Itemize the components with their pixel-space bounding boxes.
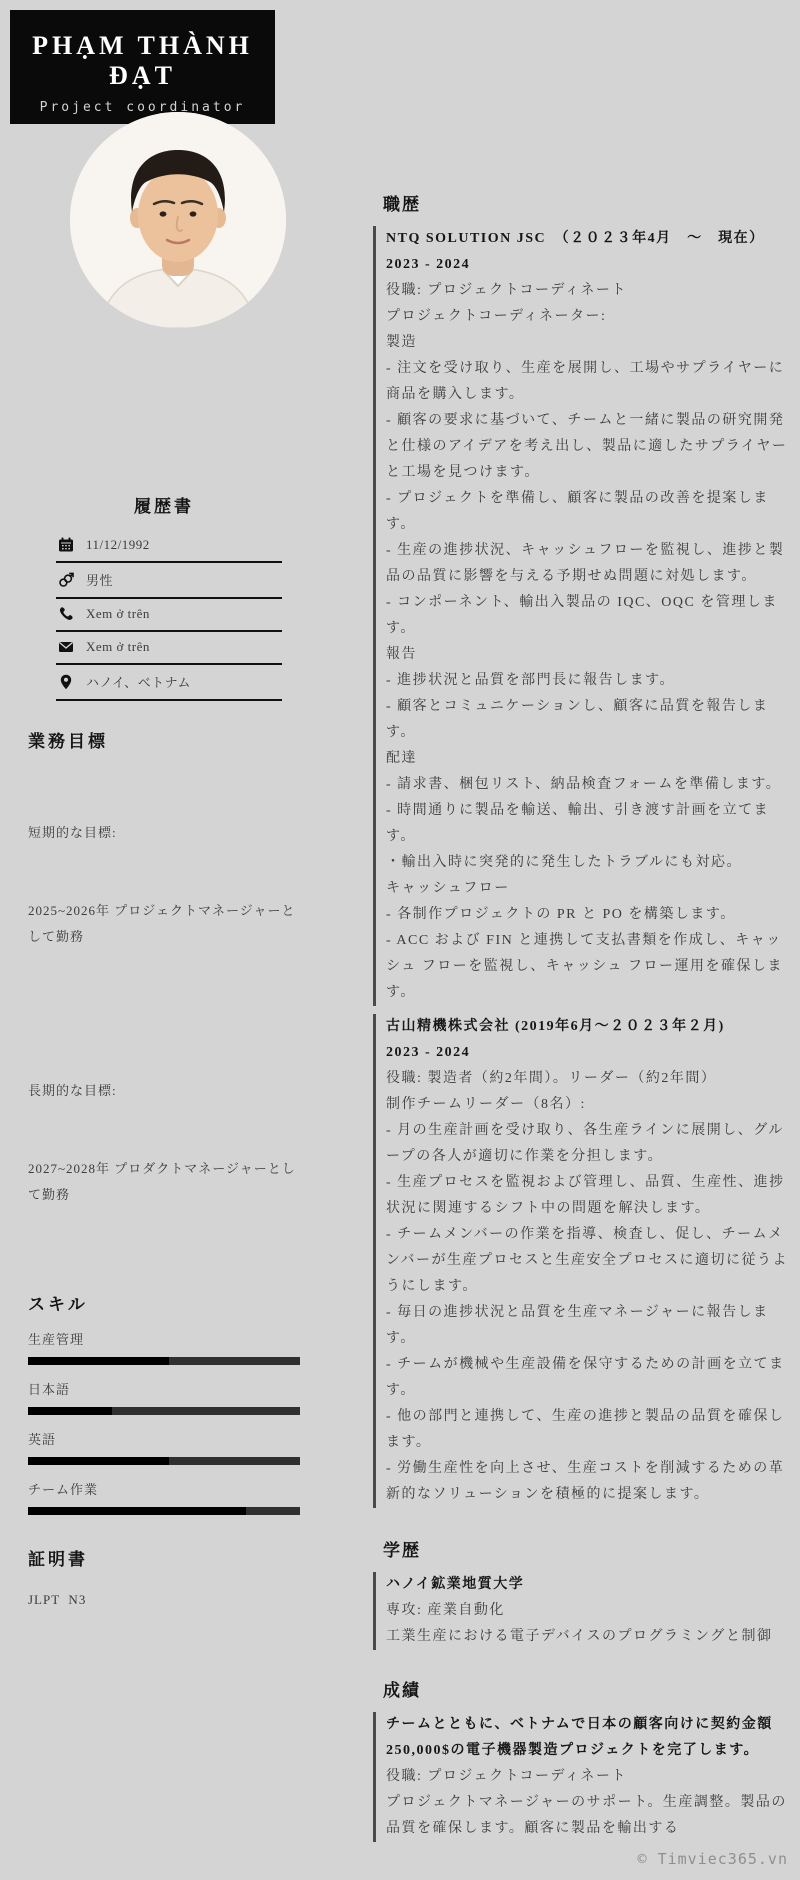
job-block-2: 古山精機株式会社 (2019年6月〜２０２３年２月) 2023 - 2024 役… [373, 1014, 794, 1508]
contact-row: Xem ở trên [56, 599, 282, 632]
job-detail-line: - 時間通りに製品を輸送、輸出、引き渡す計画を立てます。 [386, 798, 794, 850]
job-period: 2023 - 2024 [386, 1040, 794, 1066]
skill-item: チーム作業 [28, 1479, 300, 1515]
education-detail-list: 専攻: 産業自動化 工業生産における電子デバイスのプログラミングと制御 [386, 1598, 794, 1650]
contact-list: 11/12/1992 男性 Xem ở trên Xem ở trên ハノイ、… [56, 530, 282, 701]
gender-icon [58, 572, 75, 588]
job-detail-line: - チームメンバーの作業を指導、検査し、促し、チームメンバーが生産プロセスと生産… [386, 1222, 794, 1300]
achievements-block: チームとともに、ベトナムで日本の顧客向けに契約金額250,000$の電子機器製造… [373, 1712, 794, 1842]
achievement-detail-line: プロジェクトマネージャーのサポート。生産調整。製品の品質を確保します。顧客に製品… [386, 1790, 794, 1842]
calendar-icon [58, 537, 75, 553]
objective-label: 長期的な目標: [28, 1078, 300, 1104]
company-line: NTQ SOLUTION JSC （２０２３年4月 〜 現在） [386, 226, 794, 252]
work-history-title: 職歴 [383, 190, 794, 215]
skill-name: 生産管理 [28, 1329, 300, 1348]
job-detail-line: キャッシュフロー [386, 876, 794, 902]
skill-bar-track [28, 1457, 300, 1465]
header-name-box: PHẠM THÀNH ĐẠT Project coordinator [10, 10, 275, 124]
job-detail-line: - 毎日の進捗状況と品質を生産マネージャーに報告します。 [386, 1300, 794, 1352]
contact-row: 11/12/1992 [56, 530, 282, 563]
job-block-1: NTQ SOLUTION JSC （２０２３年4月 〜 現在） 2023 - 2… [373, 226, 794, 1006]
job-detail-line: - 請求書、梱包リスト、納品検査フォームを準備します。 [386, 772, 794, 798]
skill-bar-fill [28, 1357, 169, 1365]
school-name: ハノイ鉱業地質大学 [386, 1572, 794, 1598]
skill-bar-track [28, 1357, 300, 1365]
person-job-title: Project coordinator [10, 100, 275, 115]
job-detail-list: 役職: プロジェクトコーディネート プロジェクトコーディネーター: 製造 - 注… [386, 278, 794, 1006]
education-block: ハノイ鉱業地質大学 専攻: 産業自動化 工業生産における電子デバイスのプログラミ… [373, 1572, 794, 1650]
objective-text: 2025~2026年 プロジェクトマネージャーとして勤務 [28, 898, 300, 950]
achievement-detail-list: 役職: プロジェクトコーディネート プロジェクトマネージャーのサポート。生産調整… [386, 1764, 794, 1842]
skills-list: 生産管理 日本語 英語 チーム作業 [28, 1329, 300, 1515]
achievements-title: 成績 [383, 1676, 794, 1701]
contact-row: 男性 [56, 563, 282, 599]
job-detail-line: - 生産の進捗状況、キャッシュフローを監視し、進捗と製品の品質に影響を与える予期… [386, 538, 794, 590]
resume-title: 履歴書 [28, 492, 300, 517]
job-detail-line: ・輸出入時に突発的に発生したトラブルにも対応。 [386, 850, 794, 876]
objective-item: 短期的な目標: 2025~2026年 プロジェクトマネージャーとして勤務 [28, 768, 300, 1002]
job-detail-line: 配達 [386, 746, 794, 772]
education-title: 学歴 [383, 1536, 794, 1561]
objectives-list: 短期的な目標: 2025~2026年 プロジェクトマネージャーとして勤務 長期的… [28, 768, 300, 1260]
contact-row: Xem ở trên [56, 632, 282, 665]
job-detail-list: 役職: 製造者（約2年間）。リーダー（約2年間） 制作チームリーダー（8名）: … [386, 1066, 794, 1508]
job-detail-line: - プロジェクトを準備し、顧客に製品の改善を提案します。 [386, 486, 794, 538]
skill-name: 日本語 [28, 1379, 300, 1398]
job-detail-line: - 顧客とコミュニケーションし、顧客に品質を報告します。 [386, 694, 794, 746]
location-icon [58, 674, 75, 690]
objective-item: 長期的な目標: 2027~2028年 プロダクトマネージャーとして勤務 [28, 1026, 300, 1260]
achievement-detail-line: 役職: プロジェクトコーディネート [386, 1764, 794, 1790]
skill-item: 英語 [28, 1429, 300, 1465]
phone-icon [58, 606, 75, 622]
job-detail-line: - 労働生産性を向上させ、生産コストを削減するための革新的なソリューションを積極… [386, 1456, 794, 1508]
job-detail-line: 報告 [386, 642, 794, 668]
job-detail-line: - 進捗状況と品質を部門長に報告します。 [386, 668, 794, 694]
job-detail-line: - コンポーネント、輸出入製品の IQC、OQC を管理します。 [386, 590, 794, 642]
company-line: 古山精機株式会社 (2019年6月〜２０２３年２月) [386, 1014, 794, 1040]
skill-bar-fill [28, 1407, 112, 1415]
email-icon [58, 639, 75, 655]
left-column: 履歴書 11/12/1992 男性 Xem ở trên Xem ở trên [28, 492, 300, 1608]
contact-value: 11/12/1992 [86, 537, 150, 553]
watermark: © Timviec365.vn [638, 1850, 788, 1868]
skill-item: 生産管理 [28, 1329, 300, 1365]
objective-label: 短期的な目標: [28, 820, 300, 846]
right-column: 職歴 NTQ SOLUTION JSC （２０２３年4月 〜 現在） 2023 … [373, 190, 794, 1842]
objective-text: 2027~2028年 プロダクトマネージャーとして勤務 [28, 1156, 300, 1208]
skill-name: チーム作業 [28, 1479, 300, 1498]
job-detail-line: - 顧客の要求に基づいて、チームと一緒に製品の研究開発と仕様のアイデアを考え出し… [386, 408, 794, 486]
skill-name: 英語 [28, 1429, 300, 1448]
certificates-list: JLPT N3 [28, 1592, 300, 1608]
education-detail-line: 工業生産における電子デバイスのプログラミングと制御 [386, 1624, 794, 1650]
job-detail-line: 製造 [386, 330, 794, 356]
job-detail-line: - 生産プロセスを監視および管理し、品質、生産性、進捗状況に関連するシフト中の問… [386, 1170, 794, 1222]
contact-value: Xem ở trên [86, 606, 150, 622]
job-detail-line: - チームが機械や生産設備を保守するための計画を立てます。 [386, 1352, 794, 1404]
portrait-illustration [70, 112, 286, 328]
job-detail-line: - 注文を受け取り、生産を展開し、工場やサプライヤーに商品を購入します。 [386, 356, 794, 408]
skill-bar-track [28, 1507, 300, 1515]
job-detail-line: プロジェクトコーディネーター: [386, 304, 794, 330]
skill-bar-fill [28, 1457, 169, 1465]
contact-row: ハノイ、ベトナム [56, 665, 282, 701]
skill-bar-fill [28, 1507, 246, 1515]
contact-value: Xem ở trên [86, 639, 150, 655]
contact-value: 男性 [86, 570, 113, 589]
education-detail-line: 専攻: 産業自動化 [386, 1598, 794, 1624]
person-name: PHẠM THÀNH ĐẠT [10, 31, 275, 91]
certificates-title: 証明書 [28, 1545, 300, 1570]
job-detail-line: - 他の部門と連携して、生産の進捗と製品の品質を確保します。 [386, 1404, 794, 1456]
skills-title: スキル [28, 1290, 300, 1315]
profile-photo [70, 112, 286, 328]
job-detail-line: 役職: プロジェクトコーディネート [386, 278, 794, 304]
achievement-highlight: チームとともに、ベトナムで日本の顧客向けに契約金額250,000$の電子機器製造… [386, 1712, 794, 1764]
job-detail-line: - 月の生産計画を受け取り、各生産ラインに展開し、グループの各人が適切に作業を分… [386, 1118, 794, 1170]
job-detail-line: 役職: 製造者（約2年間）。リーダー（約2年間） [386, 1066, 794, 1092]
contact-value: ハノイ、ベトナム [86, 672, 191, 691]
job-period: 2023 - 2024 [386, 252, 794, 278]
skill-bar-track [28, 1407, 300, 1415]
job-detail-line: - ACC および FIN と連携して支払書類を作成し、キャッシュ フローを監視… [386, 928, 794, 1006]
objectives-title: 業務目標 [28, 727, 300, 752]
skill-item: 日本語 [28, 1379, 300, 1415]
job-detail-line: 制作チームリーダー（8名）: [386, 1092, 794, 1118]
certificate-item: JLPT N3 [28, 1592, 300, 1608]
job-detail-line: - 各制作プロジェクトの PR と PO を構築します。 [386, 902, 794, 928]
